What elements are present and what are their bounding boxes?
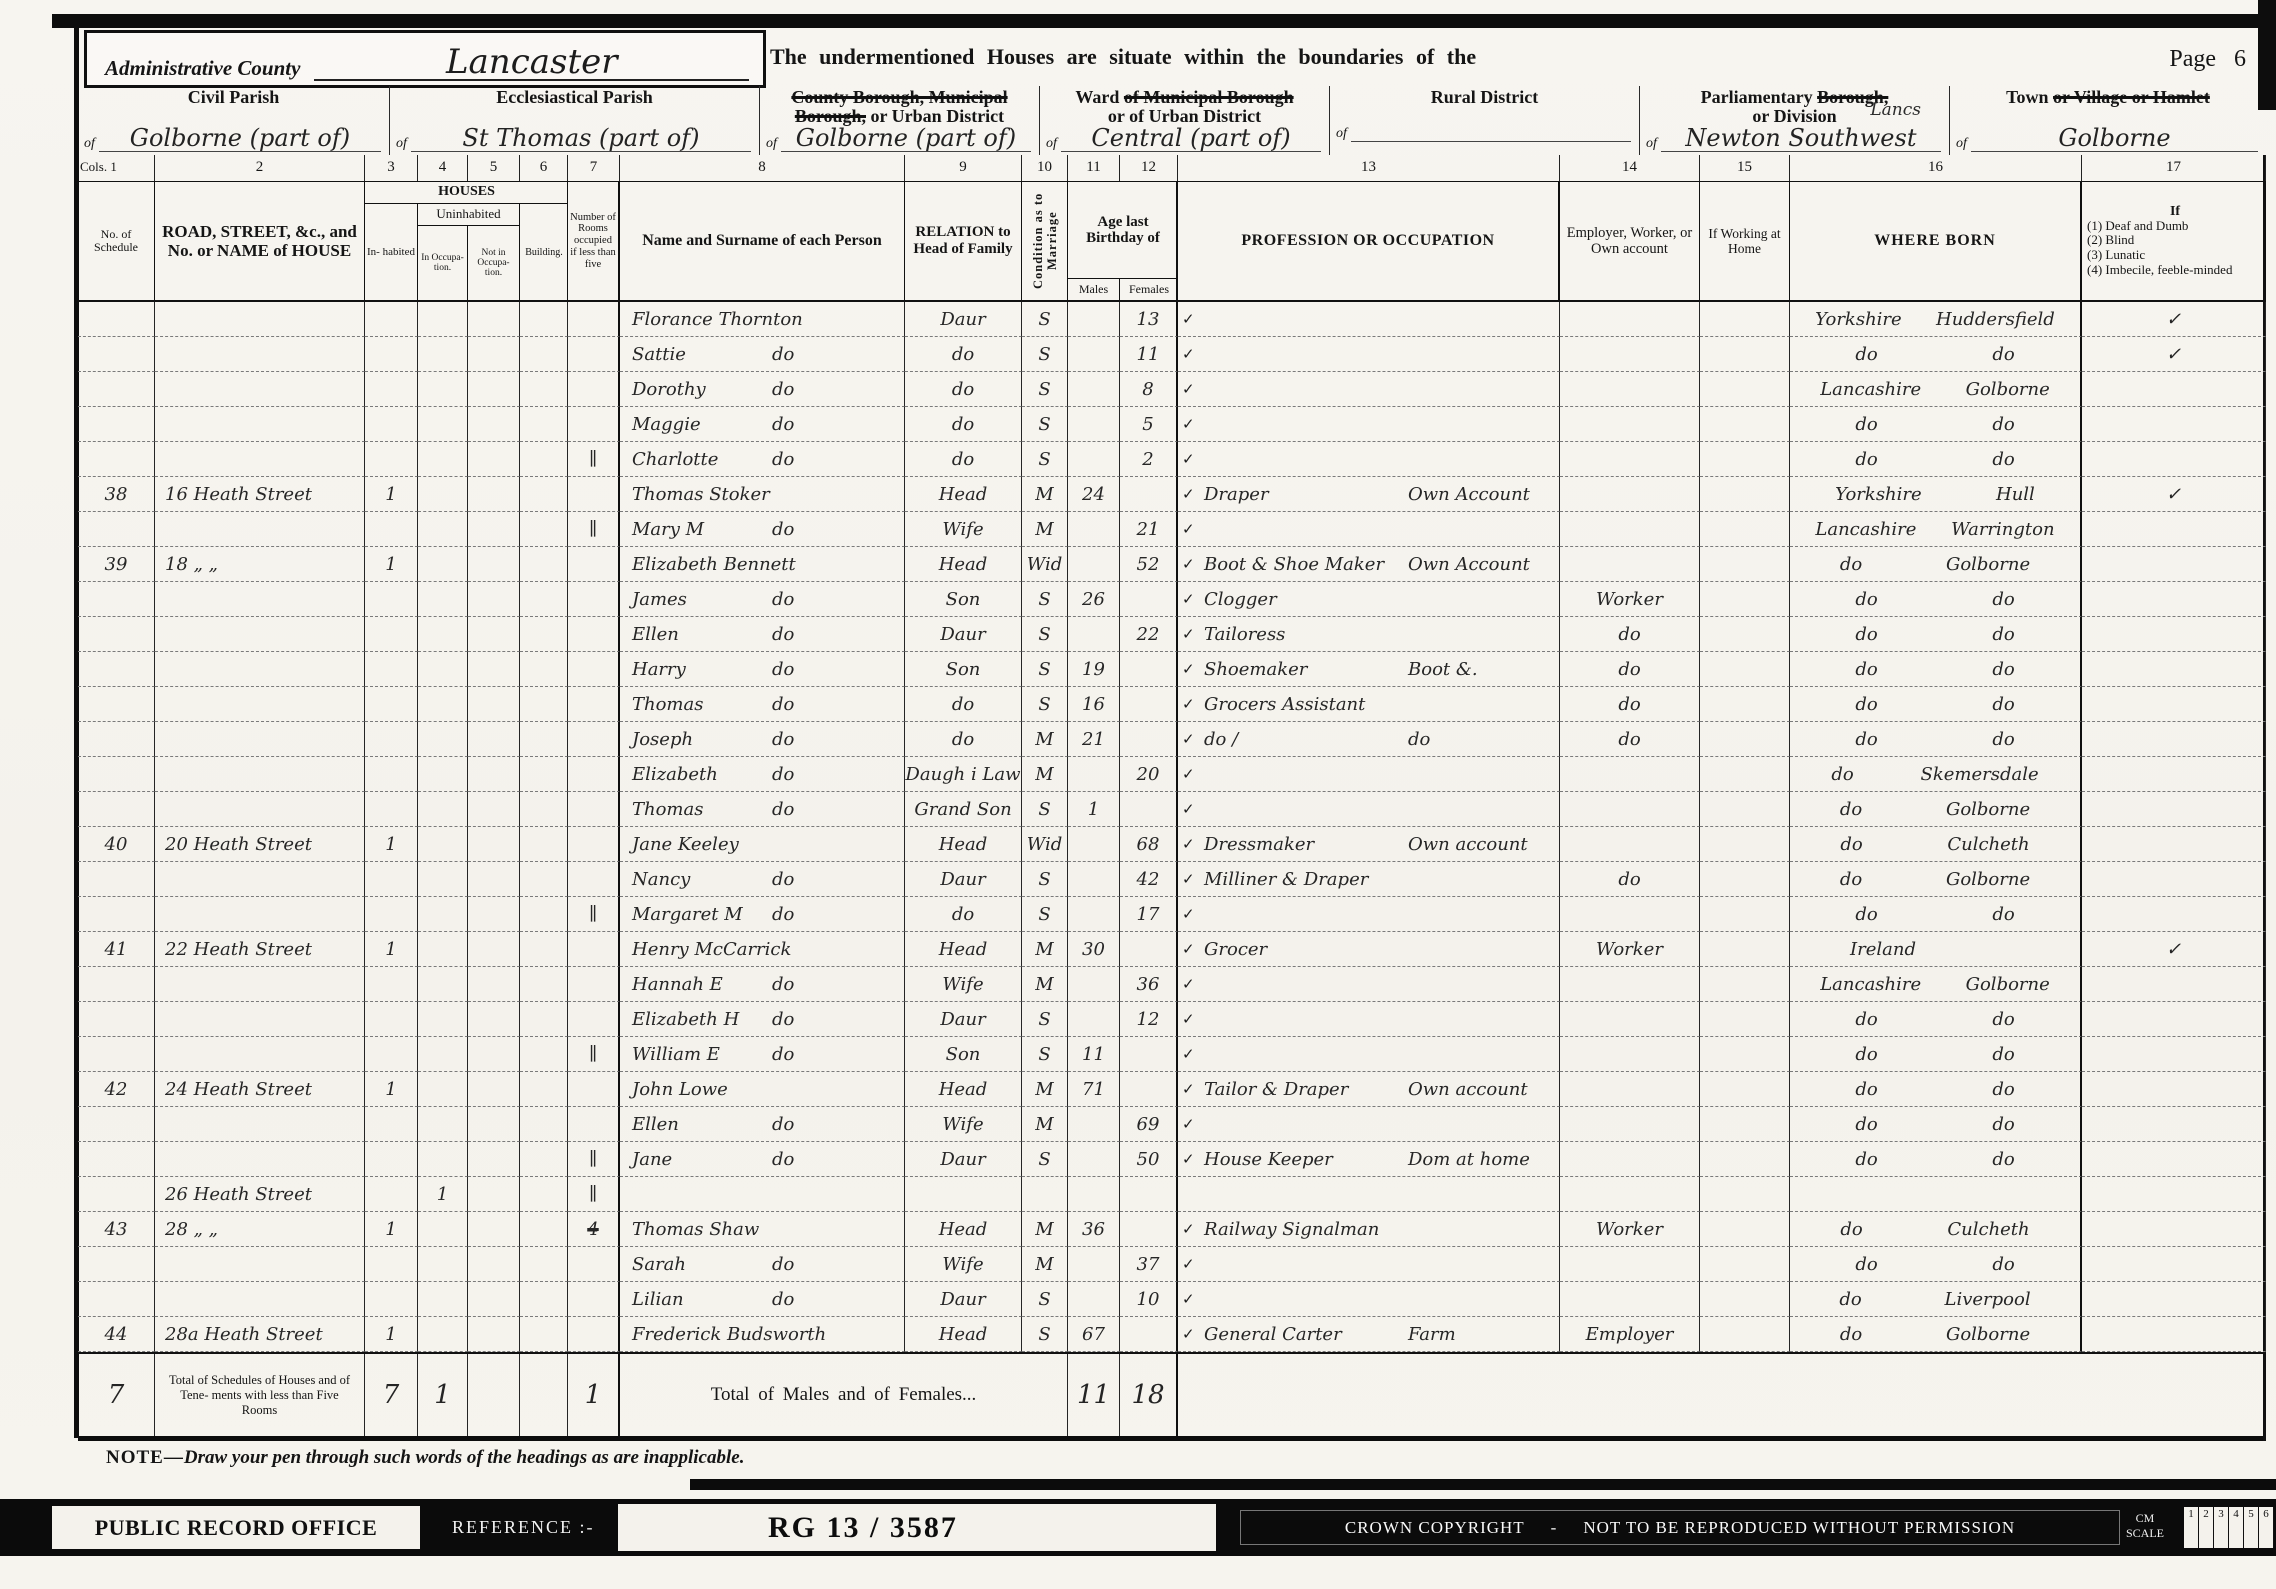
- person-name: Charlottedo: [620, 442, 905, 477]
- inhabited: [365, 372, 418, 407]
- schedule-number: 38: [78, 477, 155, 512]
- schedule-number: [78, 337, 155, 372]
- schedule-number: [78, 407, 155, 442]
- age-female: 42: [1120, 862, 1178, 897]
- inhabited: 1: [365, 1317, 418, 1352]
- relation-to-head: Head: [905, 1072, 1022, 1107]
- census-page-scan: Administrative County Lancaster The unde…: [0, 0, 2276, 1589]
- address: [155, 407, 365, 442]
- inhabited: [365, 512, 418, 547]
- age-female: 21: [1120, 512, 1178, 547]
- marital-condition: S: [1022, 1142, 1068, 1177]
- schedule-number: [78, 442, 155, 477]
- employer-worker: [1560, 337, 1700, 372]
- working-at-home: [1700, 442, 1790, 477]
- enumerator-tick: ✓: [1182, 555, 1195, 573]
- uninhabited-in-occupation: [418, 1212, 468, 1247]
- person-name: Henry McCarrick: [620, 932, 905, 967]
- where-born: doGolborne: [1790, 792, 2082, 827]
- header-profession: PROFESSION OR OCCUPATION: [1178, 182, 1560, 300]
- rooms: [568, 967, 620, 1002]
- reference-box: RG 13 / 3587: [618, 1504, 1216, 1551]
- marital-condition: [1022, 1177, 1068, 1212]
- occupation: ✓: [1178, 407, 1560, 442]
- age-male: [1068, 862, 1120, 897]
- relation-to-head: Wife: [905, 1107, 1022, 1142]
- infirmity-mark: [2082, 617, 2266, 652]
- infirmity-mark: [2082, 1212, 2266, 1247]
- uninhabited-in-occupation: [418, 757, 468, 792]
- uninhabited-in-occupation: [418, 932, 468, 967]
- enumerator-tick: ✓: [1182, 1010, 1195, 1028]
- rooms: [568, 1002, 620, 1037]
- building: [520, 967, 568, 1002]
- relation-to-head: Daugh i Law: [905, 757, 1022, 792]
- table-row: Sattiedo do S 11 ✓ dodo ✓: [78, 337, 2263, 372]
- table-row: Josephdo do M 21 ✓ do /do do dodo: [78, 722, 2263, 757]
- uninhabited-not-in-occupation: [468, 862, 520, 897]
- address: [155, 1247, 365, 1282]
- reference-label: REFERENCE :-: [452, 1517, 595, 1538]
- working-at-home: [1700, 862, 1790, 897]
- uninhabited-not-in-occupation: [468, 1212, 520, 1247]
- footnote: NOTE—Draw your pen through such words of…: [106, 1447, 744, 1469]
- region-headers: Civil Parish of Golborne (part of) Eccle…: [78, 86, 2266, 155]
- where-born: dodo: [1790, 1247, 2082, 1282]
- occupation: ✓ Railway Signalman: [1178, 1212, 1560, 1247]
- employer-worker: [1560, 372, 1700, 407]
- inhabited: [365, 407, 418, 442]
- infirmity-mark: [2082, 1037, 2266, 1072]
- where-born: dodo: [1790, 1142, 2082, 1177]
- table-row: 41 22 Heath Street 1 Henry McCarrick Hea…: [78, 932, 2263, 967]
- col-number: 12: [1120, 155, 1178, 181]
- marital-condition: S: [1022, 792, 1068, 827]
- schedule-number: 41: [78, 932, 155, 967]
- of-prefix: of: [1956, 136, 1967, 152]
- age-male: [1068, 1107, 1120, 1142]
- person-name: Nancydo: [620, 862, 905, 897]
- region-rural-district: Rural District of: [1330, 86, 1640, 155]
- relation-to-head: Wife: [905, 1247, 1022, 1282]
- working-at-home: [1700, 617, 1790, 652]
- infirmity-mark: [2082, 687, 2266, 722]
- inhabited: [365, 862, 418, 897]
- totals-building: [520, 1354, 568, 1436]
- where-born: doGolborne: [1790, 547, 2082, 582]
- relation-to-head: Wife: [905, 512, 1022, 547]
- uninhabited-not-in-occupation: [468, 827, 520, 862]
- header-condition: Condition as to Marriage: [1022, 182, 1068, 300]
- where-born: YorkshireHull: [1790, 477, 2082, 512]
- infirmity-mark: [2082, 1072, 2266, 1107]
- building: [520, 617, 568, 652]
- age-female: 37: [1120, 1247, 1178, 1282]
- page-number: Page 6: [2169, 46, 2246, 73]
- person-name: Janedo: [620, 1142, 905, 1177]
- relation-to-head: Wife: [905, 967, 1022, 1002]
- rooms: [568, 932, 620, 967]
- uninhabited-not-in-occupation: [468, 1177, 520, 1212]
- where-born: YorkshireHuddersfield: [1790, 302, 2082, 337]
- col-number: 14: [1560, 155, 1700, 181]
- inhabited: [365, 582, 418, 617]
- person-name: Josephdo: [620, 722, 905, 757]
- employer-worker: [1560, 1037, 1700, 1072]
- table-row: Dorothydo do S 8 ✓ LancashireGolborne: [78, 372, 2263, 407]
- enumerator-tick: ✓: [1182, 1255, 1195, 1273]
- marital-condition: Wid: [1022, 547, 1068, 582]
- infirmity-mark: [2082, 512, 2266, 547]
- working-at-home: [1700, 792, 1790, 827]
- occupation: [1178, 1177, 1560, 1212]
- age-male: [1068, 827, 1120, 862]
- relation-to-head: do: [905, 722, 1022, 757]
- schedule-number: [78, 897, 155, 932]
- uninhabited-not-in-occupation: [468, 617, 520, 652]
- marital-condition: M: [1022, 757, 1068, 792]
- schedule-number: 40: [78, 827, 155, 862]
- age-female: 10: [1120, 1282, 1178, 1317]
- marital-condition: S: [1022, 302, 1068, 337]
- marital-condition: S: [1022, 897, 1068, 932]
- uninhabited-in-occupation: [418, 1142, 468, 1177]
- header-in-occupation: In Occupa- tion.: [418, 226, 468, 300]
- uninhabited-in-occupation: [418, 897, 468, 932]
- infirmity-item: (2) Blind: [2087, 233, 2134, 248]
- working-at-home: [1700, 547, 1790, 582]
- address: [155, 337, 365, 372]
- enumerator-tick: ✓: [1182, 835, 1195, 853]
- working-at-home: [1700, 1002, 1790, 1037]
- col-number: 6: [520, 155, 568, 181]
- where-born: doGolborne: [1790, 1317, 2082, 1352]
- occupation: ✓ Clogger: [1178, 582, 1560, 617]
- age-male: [1068, 512, 1120, 547]
- schedule-number: [78, 1142, 155, 1177]
- infirmity-mark: [2082, 372, 2266, 407]
- enumerator-tick: ✓: [1182, 905, 1195, 923]
- address: [155, 792, 365, 827]
- relation-to-head: Head: [905, 1317, 1022, 1352]
- inhabited: [365, 442, 418, 477]
- schedule-number: 42: [78, 1072, 155, 1107]
- scan-top-border: [52, 14, 2276, 28]
- occupation: ✓: [1178, 372, 1560, 407]
- uninhabited-not-in-occupation: [468, 372, 520, 407]
- inhabited: [365, 1037, 418, 1072]
- inhabited: [365, 1002, 418, 1037]
- address: [155, 687, 365, 722]
- where-born: LancashireWarrington: [1790, 512, 2082, 547]
- where-born: doGolborne: [1790, 862, 2082, 897]
- cm-scale-label: CM SCALE: [2126, 1511, 2164, 1541]
- uninhabited-in-occupation: [418, 1037, 468, 1072]
- rooms: [568, 1282, 620, 1317]
- working-at-home: [1700, 1317, 1790, 1352]
- header-working-at-home: If Working at Home: [1700, 182, 1790, 300]
- uninhabited-not-in-occupation: [468, 477, 520, 512]
- age-male: 11: [1068, 1037, 1120, 1072]
- building: [520, 1177, 568, 1212]
- schedule-number: [78, 617, 155, 652]
- header-age-last-birthday: Age last Birthday of: [1068, 182, 1178, 278]
- header-inhabited: In- habited: [365, 204, 418, 300]
- relation-to-head: Daur: [905, 302, 1022, 337]
- age-female: [1120, 792, 1178, 827]
- age-female: [1120, 652, 1178, 687]
- col-number: 2: [155, 155, 365, 181]
- person-name: Ellendo: [620, 617, 905, 652]
- age-male: 67: [1068, 1317, 1120, 1352]
- age-male: 36: [1068, 1212, 1120, 1247]
- age-male: [1068, 547, 1120, 582]
- person-name: Jamesdo: [620, 582, 905, 617]
- totals-in-occupation: 1: [418, 1354, 468, 1436]
- reference-value: RG 13 / 3587: [618, 1511, 958, 1545]
- table-row: ∥ Charlottedo do S 2 ✓ dodo: [78, 442, 2263, 477]
- uninhabited-in-occupation: [418, 827, 468, 862]
- relation-to-head: Head: [905, 932, 1022, 967]
- header-employer: Employer, Worker, or Own account: [1560, 182, 1700, 300]
- infirmity-mark: [2082, 582, 2266, 617]
- person-name: Dorothydo: [620, 372, 905, 407]
- where-born: LancashireGolborne: [1790, 967, 2082, 1002]
- header-houses-group: HOUSES In- habited Uninhabited Building.…: [365, 182, 568, 300]
- building: [520, 1037, 568, 1072]
- parliamentary-annotation: Lancs: [1870, 100, 1921, 120]
- address: 18 „ „: [155, 547, 365, 582]
- occupation: ✓: [1178, 1247, 1560, 1282]
- working-at-home: [1700, 582, 1790, 617]
- person-name: Thomas Stoker: [620, 477, 905, 512]
- age-female: 22: [1120, 617, 1178, 652]
- employer-worker: Worker: [1560, 1212, 1700, 1247]
- person-name: Hannah Edo: [620, 967, 905, 1002]
- age-female: 52: [1120, 547, 1178, 582]
- age-male: 26: [1068, 582, 1120, 617]
- totals-males: 11: [1068, 1354, 1120, 1436]
- rooms: [568, 1247, 620, 1282]
- address: 22 Heath Street: [155, 932, 365, 967]
- age-male: [1068, 1247, 1120, 1282]
- enumerator-tick: ✓: [1182, 625, 1195, 643]
- infirmity-item: (4) Imbecile, feeble-minded: [2087, 263, 2232, 278]
- infirmity-item: (3) Lunatic: [2087, 248, 2145, 263]
- table-row: Jamesdo Son S 26 ✓ Clogger Worker dodo: [78, 582, 2263, 617]
- table-row: Hannah Edo Wife M 36 ✓ LancashireGolborn…: [78, 967, 2263, 1002]
- rooms: [568, 337, 620, 372]
- infirmity-mark: [2082, 1282, 2266, 1317]
- marital-condition: M: [1022, 512, 1068, 547]
- employer-worker: [1560, 302, 1700, 337]
- col-number: 5: [468, 155, 520, 181]
- ruler-cell: 5: [2244, 1507, 2259, 1548]
- ruler-cell: 3: [2214, 1507, 2229, 1548]
- occupation: ✓: [1178, 792, 1560, 827]
- schedule-number: [78, 372, 155, 407]
- building: [520, 722, 568, 757]
- where-born: dodo: [1790, 582, 2082, 617]
- inhabited: 1: [365, 1212, 418, 1247]
- table-row: Ellendo Wife M 69 ✓ dodo: [78, 1107, 2263, 1142]
- inhabited: [365, 792, 418, 827]
- uninhabited-in-occupation: [418, 1107, 468, 1142]
- inhabited: 1: [365, 932, 418, 967]
- employer-worker: [1560, 1072, 1700, 1107]
- address: [155, 1037, 365, 1072]
- where-born: [1790, 1177, 2082, 1212]
- occupation: ✓: [1178, 442, 1560, 477]
- age-female: 2: [1120, 442, 1178, 477]
- table-row: Florance Thornton Daur S 13 ✓ YorkshireH…: [78, 302, 2263, 337]
- table-row: Elizabethdo Daugh i Law M 20 ✓ doSkemers…: [78, 757, 2263, 792]
- age-male: 16: [1068, 687, 1120, 722]
- inhabited: 1: [365, 477, 418, 512]
- working-at-home: [1700, 827, 1790, 862]
- employer-worker: [1560, 1107, 1700, 1142]
- age-female: 69: [1120, 1107, 1178, 1142]
- table-row: Thomasdo do S 16 ✓ Grocers Assistant do …: [78, 687, 2263, 722]
- occupation: ✓: [1178, 897, 1560, 932]
- marital-condition: S: [1022, 862, 1068, 897]
- schedule-number: [78, 757, 155, 792]
- infirmity-mark: [2082, 1247, 2266, 1282]
- enumerator-tick: ✓: [1182, 975, 1195, 993]
- town-label: Town or Village or Hamlet: [1950, 88, 2266, 107]
- person-name: Liliando: [620, 1282, 905, 1317]
- schedule-number: [78, 722, 155, 757]
- marital-condition: S: [1022, 442, 1068, 477]
- address: 28a Heath Street: [155, 1317, 365, 1352]
- ruler-cell: 6: [2259, 1507, 2274, 1548]
- person-name: Florance Thornton: [620, 302, 905, 337]
- header-name-surname: Name and Surname of each Person: [620, 182, 905, 300]
- table-row: 26 Heath Street 1 ∥: [78, 1177, 2263, 1212]
- rooms: [568, 1072, 620, 1107]
- age-male: 71: [1068, 1072, 1120, 1107]
- rooms: [568, 757, 620, 792]
- age-female: 11: [1120, 337, 1178, 372]
- infirmity-mark: [2082, 1002, 2266, 1037]
- enumerator-tick: ✓: [1182, 1325, 1195, 1343]
- civil-parish-value: Golborne (part of): [99, 126, 381, 152]
- infirmity-mark: [2082, 442, 2266, 477]
- schedule-number: 43: [78, 1212, 155, 1247]
- uninhabited-in-occupation: [418, 477, 468, 512]
- marital-condition: M: [1022, 722, 1068, 757]
- age-male: [1068, 442, 1120, 477]
- col-number: 9: [905, 155, 1022, 181]
- table-row: Liliando Daur S 10 ✓ doLiverpool: [78, 1282, 2263, 1317]
- person-name: Frederick Budsworth: [620, 1317, 905, 1352]
- relation-to-head: Son: [905, 1037, 1022, 1072]
- rooms: ∥: [568, 1037, 620, 1072]
- working-at-home: [1700, 1142, 1790, 1177]
- rooms: [568, 827, 620, 862]
- table-row: 42 24 Heath Street 1 John Lowe Head M 71…: [78, 1072, 2263, 1107]
- enumerator-tick: ✓: [1182, 1150, 1195, 1168]
- table-row: 44 28a Heath Street 1 Frederick Budswort…: [78, 1317, 2263, 1352]
- rooms: [568, 862, 620, 897]
- employer-worker: [1560, 792, 1700, 827]
- occupation: ✓ DressmakerOwn account: [1178, 827, 1560, 862]
- marital-condition: M: [1022, 967, 1068, 1002]
- age-male: 24: [1068, 477, 1120, 512]
- person-name: Thomasdo: [620, 687, 905, 722]
- working-at-home: [1700, 407, 1790, 442]
- uninhabited-not-in-occupation: [468, 652, 520, 687]
- schedule-number: [78, 1002, 155, 1037]
- uninhabited-in-occupation: [418, 302, 468, 337]
- occupation: ✓ General CarterFarm: [1178, 1317, 1560, 1352]
- infirmity-mark: [2082, 862, 2266, 897]
- marital-condition: S: [1022, 687, 1068, 722]
- col-number: 16: [1790, 155, 2082, 181]
- col-number: Cols. 1: [78, 155, 155, 181]
- rooms: [568, 477, 620, 512]
- working-at-home: [1700, 1177, 1790, 1212]
- infirmity-mark: ✓: [2082, 932, 2266, 967]
- uninhabited-in-occupation: [418, 547, 468, 582]
- occupation: ✓ Boot & Shoe MakerOwn Account: [1178, 547, 1560, 582]
- marital-condition: S: [1022, 617, 1068, 652]
- uninhabited-not-in-occupation: [468, 722, 520, 757]
- schedule-number: 39: [78, 547, 155, 582]
- uninhabited-not-in-occupation: [468, 1107, 520, 1142]
- col-number: 8: [620, 155, 905, 181]
- age-male: 19: [1068, 652, 1120, 687]
- working-at-home: [1700, 512, 1790, 547]
- enumerator-tick: ✓: [1182, 940, 1195, 958]
- address: 24 Heath Street: [155, 1072, 365, 1107]
- working-at-home: [1700, 932, 1790, 967]
- inhabited: [365, 1177, 418, 1212]
- occupation: ✓ Tailor & DraperOwn account: [1178, 1072, 1560, 1107]
- inhabited: [365, 337, 418, 372]
- working-at-home: [1700, 1247, 1790, 1282]
- rooms: ∥: [568, 512, 620, 547]
- scan-bottom-bar: [690, 1479, 2276, 1490]
- totals-schedule-count: 7: [78, 1354, 155, 1436]
- marital-condition: M: [1022, 1107, 1068, 1142]
- table-row: ∥ William Edo Son S 11 ✓ dodo: [78, 1037, 2263, 1072]
- where-born: dodo: [1790, 617, 2082, 652]
- ward-value: Central (part of): [1061, 126, 1321, 152]
- rural-district-value: [1351, 141, 1631, 142]
- where-born: dodo: [1790, 722, 2082, 757]
- table-row: Maggiedo do S 5 ✓ dodo: [78, 407, 2263, 442]
- occupation: ✓: [1178, 337, 1560, 372]
- marital-condition: M: [1022, 932, 1068, 967]
- age-female: 12: [1120, 1002, 1178, 1037]
- header-houses: HOUSES: [365, 182, 568, 204]
- infirmity-mark: [2082, 757, 2266, 792]
- marital-condition: M: [1022, 1072, 1068, 1107]
- table-row: 43 28 „ „ 1 4 Thomas Shaw Head M 36 ✓ Ra…: [78, 1212, 2263, 1247]
- header-where-born: WHERE BORN: [1790, 182, 2082, 300]
- infirmity-mark: [2082, 722, 2266, 757]
- uninhabited-not-in-occupation: [468, 932, 520, 967]
- uninhabited-not-in-occupation: [468, 1037, 520, 1072]
- occupation: ✓: [1178, 1282, 1560, 1317]
- inhabited: [365, 897, 418, 932]
- building: [520, 582, 568, 617]
- where-born: doCulcheth: [1790, 827, 2082, 862]
- uninhabited-in-occupation: [418, 372, 468, 407]
- uninhabited-not-in-occupation: [468, 1247, 520, 1282]
- building: [520, 1002, 568, 1037]
